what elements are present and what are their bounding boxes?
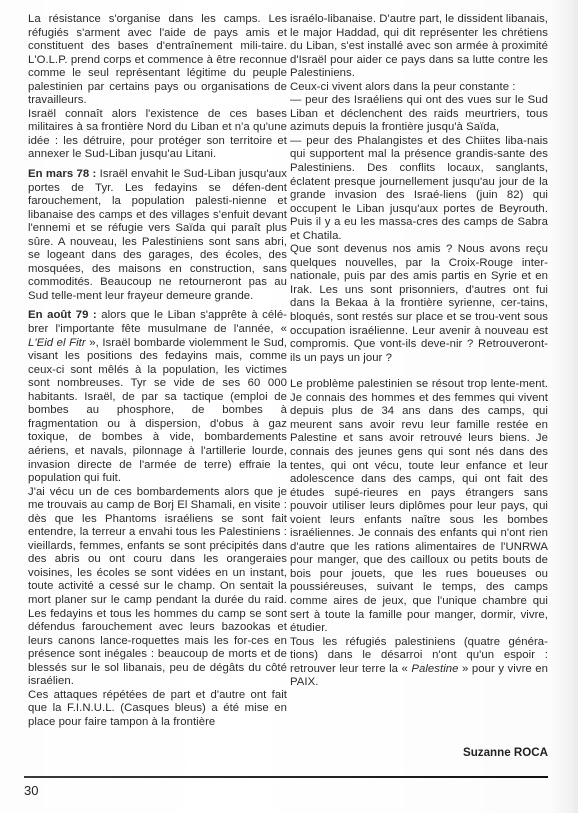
text-aout-79-b: », Israël bombarde violemment le Sud, vi… (28, 337, 287, 484)
footer-rule (24, 776, 548, 778)
paragraph-peur-constante: Ceux-ci vivent alors dans la peur consta… (290, 81, 548, 95)
paragraph-israel-bases: Israël connaît alors l'existence de ces … (28, 108, 287, 162)
paragraph-borj-el-shamali: J'ai vécu un de ces bombardements alors … (28, 486, 287, 689)
lead-mars-78: En mars 78 : (28, 168, 96, 180)
paragraph-aout-79: En août 79 : alors que le Liban s'apprêt… (28, 309, 287, 485)
paragraph-nos-amis: Que sont devenus nos amis ? Nous avons r… (290, 243, 548, 365)
paragraph-probleme-palestinien: Le problème palestinien se résout trop l… (290, 378, 548, 635)
paragraph-refugies-espoir: Tous les réfugiés palestiniens (quatre g… (290, 636, 548, 690)
author-signature: Suzanne ROCA (290, 746, 548, 759)
page-number: 30 (24, 783, 38, 798)
italic-palestine: Palestine (411, 663, 458, 675)
paragraph-finul: Ces attaques répétées de part et d'autre… (28, 689, 287, 730)
magazine-page: La résistance s'organise dans les camps.… (0, 0, 578, 813)
lead-aout-79: En août 79 : (28, 309, 97, 321)
paragraph-peur-phalangistes: — peur des Phalangistes et des Chiites l… (290, 135, 548, 243)
paragraph-mars-78: En mars 78 : Israël envahit le Sud-Liban… (28, 168, 287, 303)
text-mars-78: Israël envahit le Sud-Liban jusqu'aux po… (28, 168, 287, 302)
paragraph-resistance: La résistance s'organise dans les camps.… (28, 13, 287, 108)
italic-eid-el-fitr: L'Eid el Fitr (28, 337, 86, 349)
left-column: La résistance s'organise dans les camps.… (28, 13, 287, 729)
right-column: israélo-libanaise. D'autre part, le diss… (290, 13, 548, 690)
paragraph-haddad: israélo-libanaise. D'autre part, le diss… (290, 13, 548, 81)
paragraph-peur-israeliens: — peur des Israéliens qui ont des vues s… (290, 94, 548, 135)
